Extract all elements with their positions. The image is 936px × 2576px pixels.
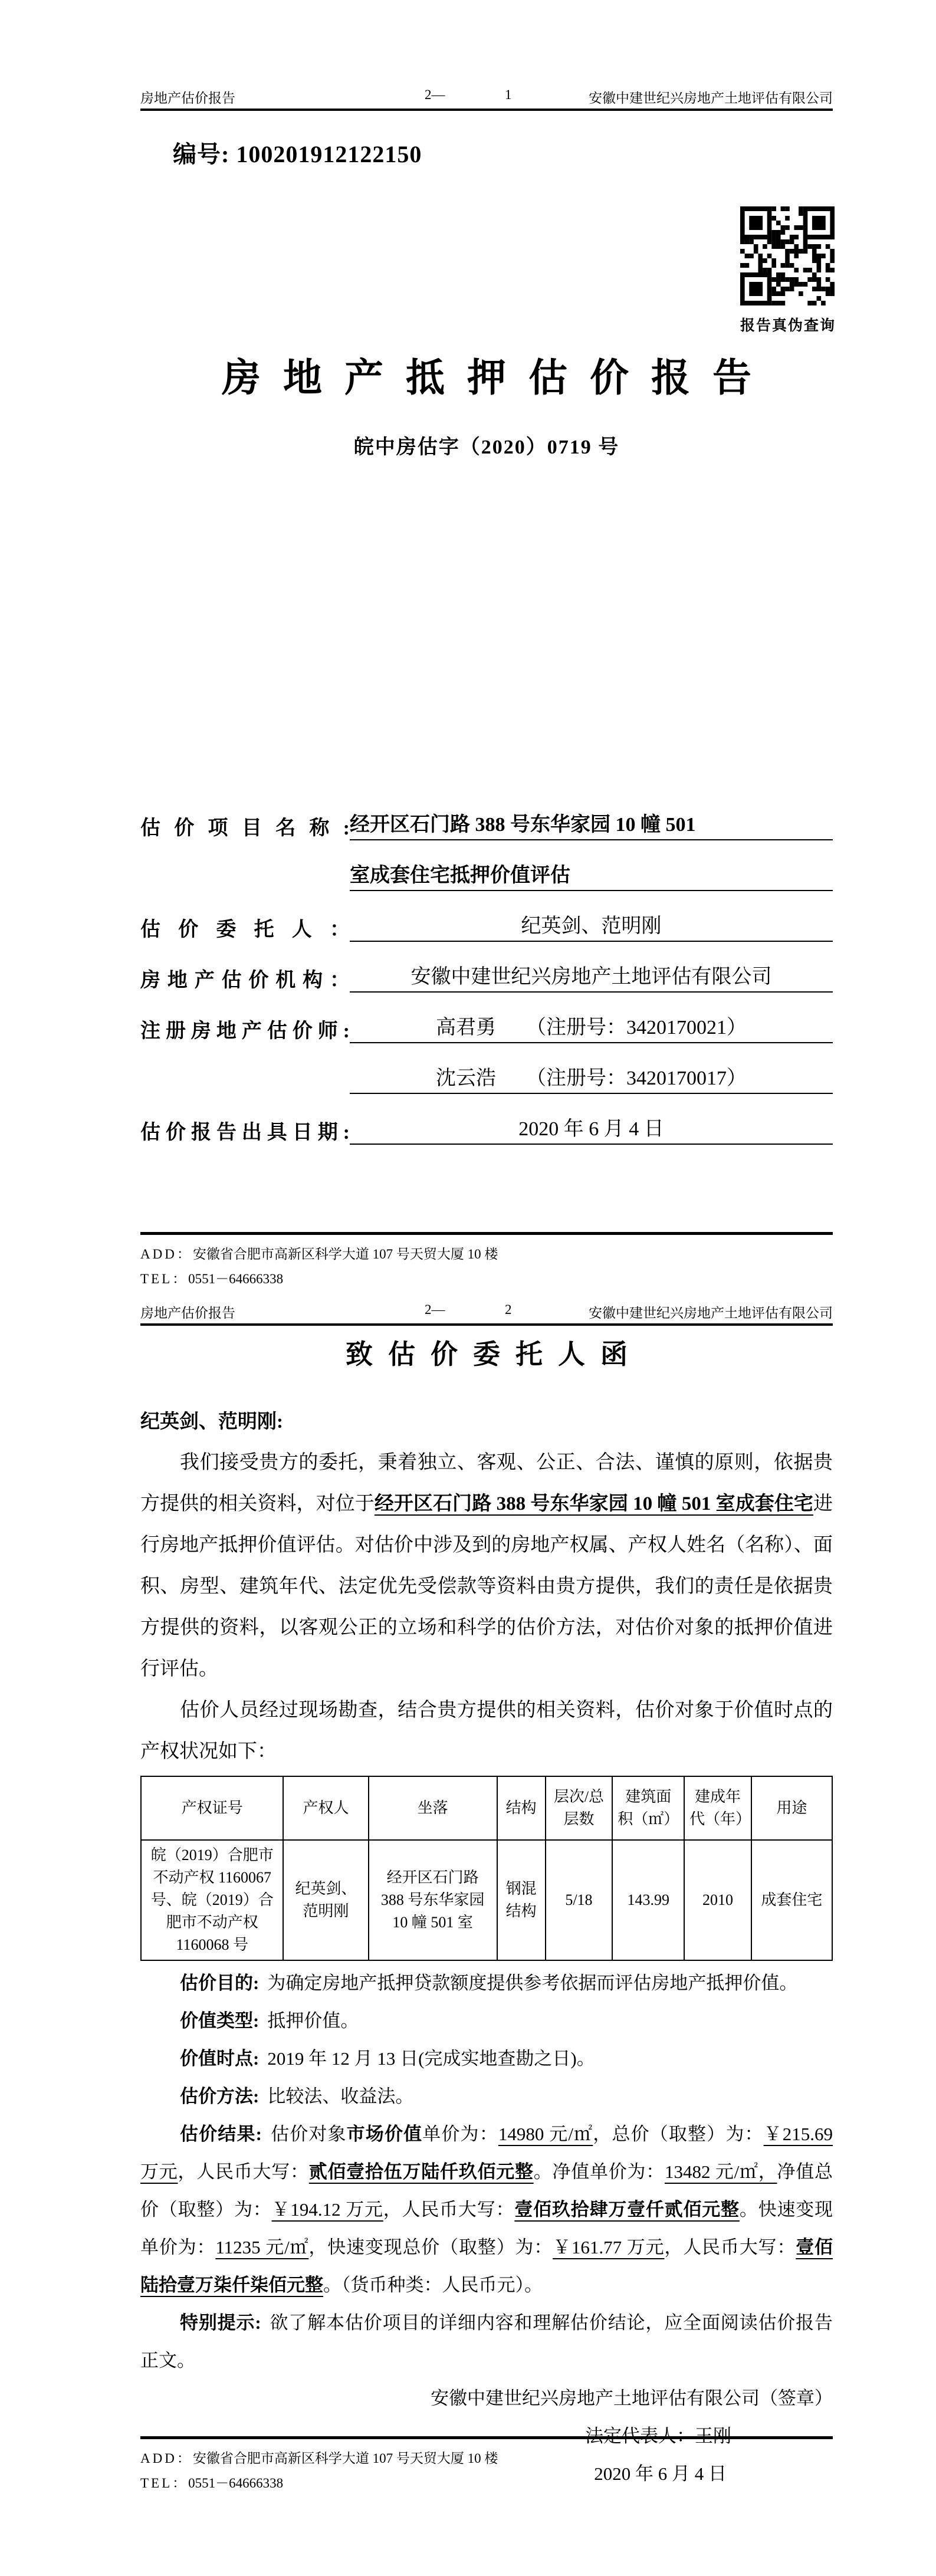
- page2-footer: ADD：安徽省合肥市高新区科学大道 107 号天贸大厦 10 楼 TEL：055…: [140, 2433, 833, 2492]
- result-text: 单价为：: [422, 2124, 498, 2144]
- col-year: 建成年代（年）: [684, 1776, 751, 1840]
- appraiser-label: 注册房地产估价师:: [140, 1014, 350, 1043]
- result-text: 估价对象: [270, 2124, 347, 2144]
- item-value-date: 价值时点:2019 年 12 月 13 日(完成实地查勘之日)。: [140, 2040, 833, 2078]
- item-notice: 特别提示:欲了解本估价项目的详细内容和理解估价结论，应全面阅读估价报告正文。: [140, 2304, 833, 2380]
- notice-label: 特别提示:: [180, 2312, 261, 2333]
- result-net-unit-price: 13482 元/㎡，: [665, 2161, 777, 2182]
- report-cover-page: 房地产估价报告 2— 1 安徽中建世纪兴房地产土地评估有限公司 编号: 1002…: [0, 0, 936, 1297]
- col-use: 用途: [751, 1776, 832, 1840]
- cell-location: 经开区石门路 388 号东华家园 10 幢 501 室: [369, 1840, 497, 1960]
- result-text: ，人民币大写：: [383, 2199, 515, 2220]
- para1-property-highlight: 经开区石门路 388 号东华家园 10 幢 501 室成套住宅: [375, 1493, 813, 1514]
- letter-paragraph-1: 我们接受贵方的委托，秉着独立、客观、公正、合法、谨慎的原则，依据贵方提供的相关资…: [140, 1442, 833, 1690]
- footer-rule: [140, 1232, 833, 1235]
- para1-text-cont: 进行房地产抵押价值评估。对估价中涉及到的房地产权属、产权人姓名（名称）、面积、房…: [140, 1493, 833, 1680]
- result-quick-total-price: ￥161.77 万元: [553, 2237, 664, 2258]
- project-name-value-line1: 经开区石门路 388 号东华家园 10 幢 501: [350, 808, 833, 840]
- agency-value: 安徽中建世纪兴房地产土地评估有限公司: [350, 960, 833, 993]
- cell-owner: 纪英剑、范明刚: [283, 1840, 368, 1960]
- item-value-type: 价值类型:抵押价值。: [140, 2002, 833, 2040]
- letter-to-client-page: 房地产估价报告 2— 2 安徽中建世纪兴房地产土地评估有限公司 致估价委托人函 …: [0, 1297, 936, 2576]
- purpose-text: 为确定房地产抵押贷款额度提供参考依据而评估房地产抵押价值。: [267, 1973, 797, 1993]
- col-owner: 产权人: [283, 1776, 368, 1840]
- cell-year: 2010: [684, 1840, 751, 1960]
- value-date-text: 2019 年 12 月 13 日(完成实地查勘之日)。: [267, 2048, 595, 2069]
- footer-phone-value: 0551－64666338: [188, 1271, 283, 1286]
- letter-salutation: 纪英剑、范明刚:: [140, 1406, 833, 1434]
- running-header-page-number: 1: [505, 87, 512, 103]
- col-cert-no: 产权证号: [141, 1776, 283, 1840]
- running-header-doc-type: 房地产估价报告: [140, 87, 235, 107]
- property-table-data-row: 皖（2019）合肥市不动产权 1160067 号、皖（2019）合肥市不动产权 …: [141, 1840, 832, 1960]
- footer-address-value: 安徽省合肥市高新区科学大道 107 号天贸大厦 10 楼: [193, 1247, 498, 1261]
- col-location: 坐落: [369, 1776, 497, 1840]
- running-header-pages-prefix: 2—: [425, 1302, 445, 1317]
- methods-label: 估价方法:: [180, 2086, 259, 2107]
- value-date-label: 价值时点:: [180, 2048, 259, 2069]
- col-floor: 层次/总层数: [546, 1776, 613, 1840]
- value-type-text: 抵押价值。: [267, 2010, 359, 2031]
- footer-phone-value: 0551－64666338: [188, 2476, 283, 2490]
- form-row-agency: 房地产估价机构： 安徽中建世纪兴房地产土地评估有限公司: [140, 942, 833, 993]
- result-unit-price: 14980 元/㎡: [498, 2124, 593, 2144]
- item-methods: 估价方法:比较法、收益法。: [140, 2078, 833, 2115]
- result-text: ，人民币大写：: [178, 2161, 309, 2182]
- letter-title: 致估价委托人函: [140, 1333, 833, 1372]
- report-document-number: 皖中房估字（2020）0719 号: [140, 431, 833, 459]
- report-date-value: 2020 年 6 月 4 日: [350, 1112, 833, 1145]
- footer-rule: [140, 2436, 833, 2439]
- form-row-client: 估价委托人： 纪英剑、范明刚: [140, 891, 833, 942]
- item-purpose: 估价目的:为确定房地产抵押贷款额度提供参考依据而评估房地产抵押价值。: [140, 1964, 833, 2002]
- purpose-label: 估价目的:: [180, 1973, 259, 1993]
- value-type-label: 价值类型:: [180, 2010, 259, 2031]
- result-text: ，总价（取整）为：: [593, 2124, 763, 2144]
- cell-area: 143.99: [612, 1840, 684, 1960]
- footer-phone-label: TEL：: [140, 2476, 188, 2490]
- cover-form: 估价项目名称: 经开区石门路 388 号东华家园 10 幢 501 室成套住宅抵…: [140, 790, 833, 1145]
- agency-label: 房地产估价机构：: [140, 964, 350, 993]
- serial-value: 100201912122150: [236, 141, 422, 167]
- form-row-project-name-2: 室成套住宅抵押价值评估: [140, 840, 833, 891]
- serial-label: 编号:: [173, 141, 229, 167]
- result-net-capitalized: 壹佰玖拾肆万壹仟贰佰元整: [514, 2199, 740, 2220]
- qr-caption: 报告真伪查询: [740, 314, 835, 335]
- letter-paragraph-2: 估价人员经过现场勘查，结合贵方提供的相关资料，估价对象于价值时点的产权状况如下：: [140, 1690, 833, 1772]
- report-date-label: 估价报告出具日期:: [140, 1116, 350, 1145]
- footer-address-value: 安徽省合肥市高新区科学大道 107 号天贸大厦 10 楼: [193, 2451, 498, 2466]
- running-header-company: 安徽中建世纪兴房地产土地评估有限公司: [589, 1302, 833, 1322]
- running-header-page-number: 2: [505, 1302, 512, 1317]
- client-label: 估价委托人：: [140, 913, 350, 942]
- form-row-appraiser-2: 沈云浩 （注册号：3420170017）: [140, 1043, 833, 1094]
- appraiser-value-2: 沈云浩 （注册号：3420170017）: [350, 1062, 833, 1094]
- qr-code-icon: [740, 206, 835, 305]
- running-header-doc-type: 房地产估价报告: [140, 1302, 235, 1322]
- result-text: 。（货币种类：人民币元）。: [323, 2275, 543, 2295]
- col-structure: 结构: [497, 1776, 546, 1840]
- header-rule: [140, 1323, 833, 1326]
- item-result: 估价结果:估价对象市场价值单价为：14980 元/㎡，总价（取整）为：￥215.…: [140, 2115, 833, 2304]
- cell-cert-no: 皖（2019）合肥市不动产权 1160067 号、皖（2019）合肥市不动产权 …: [141, 1840, 283, 1960]
- form-row-appraiser-1: 注册房地产估价师: 高君勇 （注册号：3420170021）: [140, 993, 833, 1043]
- result-text: ，人民币大写：: [664, 2237, 796, 2258]
- footer-phone-label: TEL：: [140, 1271, 188, 1286]
- result-text: ，快速变现总价（取整）为：: [308, 2237, 553, 2258]
- page1-footer: ADD：安徽省合肥市高新区科学大道 107 号天贸大厦 10 楼 TEL：055…: [140, 1228, 833, 1287]
- report-title: 房地产抵押估价报告: [140, 346, 833, 402]
- appraiser-value-1: 高君勇 （注册号：3420170021）: [350, 1011, 833, 1043]
- result-quick-unit-price: 11235 元/㎡: [215, 2237, 308, 2258]
- project-name-value-line2: 室成套住宅抵押价值评估: [350, 859, 833, 891]
- client-value: 纪英剑、范明刚: [350, 909, 833, 942]
- footer-address-label: ADD：: [140, 2451, 193, 2466]
- page2-content: 房地产估价报告 2— 2 安徽中建世纪兴房地产土地评估有限公司 致估价委托人函 …: [140, 1302, 833, 2493]
- header-rule: [140, 109, 833, 111]
- signature-company: 安徽中建世纪兴房地产土地评估有限公司（签章）: [140, 2380, 833, 2417]
- property-table-header-row: 产权证号 产权人 坐落 结构 层次/总层数 建筑面积（㎡） 建成年代（年） 用途: [141, 1776, 832, 1840]
- running-header-company: 安徽中建世纪兴房地产土地评估有限公司: [589, 87, 833, 107]
- cell-structure: 钢混结构: [497, 1840, 546, 1960]
- result-label: 估价结果:: [180, 2124, 262, 2144]
- result-text: 。净值单价为：: [534, 2161, 665, 2182]
- running-header-pages-prefix: 2—: [425, 87, 445, 103]
- methods-text: 比较法、收益法。: [267, 2086, 413, 2107]
- appraisal-items: 估价目的:为确定房地产抵押贷款额度提供参考依据而评估房地产抵押价值。 价值类型:…: [140, 1964, 833, 2380]
- form-row-project-name: 估价项目名称: 经开区石门路 388 号东华家园 10 幢 501: [140, 790, 833, 840]
- cell-use: 成套住宅: [751, 1840, 832, 1960]
- result-net-total-price: ￥194.12 万元: [272, 2199, 383, 2220]
- report-serial-number: 编号: 100201912122150: [140, 136, 833, 169]
- project-name-label: 估价项目名称:: [140, 811, 350, 840]
- page1-running-header: 房地产估价报告 2— 1 安徽中建世纪兴房地产土地评估有限公司 编号: 1002…: [140, 87, 833, 1145]
- cell-floor: 5/18: [546, 1840, 613, 1960]
- form-row-report-date: 估价报告出具日期: 2020 年 6 月 4 日: [140, 1094, 833, 1145]
- result-market-value: 市场价值: [347, 2124, 423, 2144]
- footer-address-label: ADD：: [140, 1247, 193, 1261]
- result-total-capitalized: 贰佰壹拾伍万陆仟玖佰元整: [309, 2161, 534, 2182]
- col-area: 建筑面积（㎡）: [612, 1776, 684, 1840]
- property-table: 产权证号 产权人 坐落 结构 层次/总层数 建筑面积（㎡） 建成年代（年） 用途…: [140, 1776, 833, 1961]
- qr-verification-block: 报告真伪查询: [740, 206, 835, 335]
